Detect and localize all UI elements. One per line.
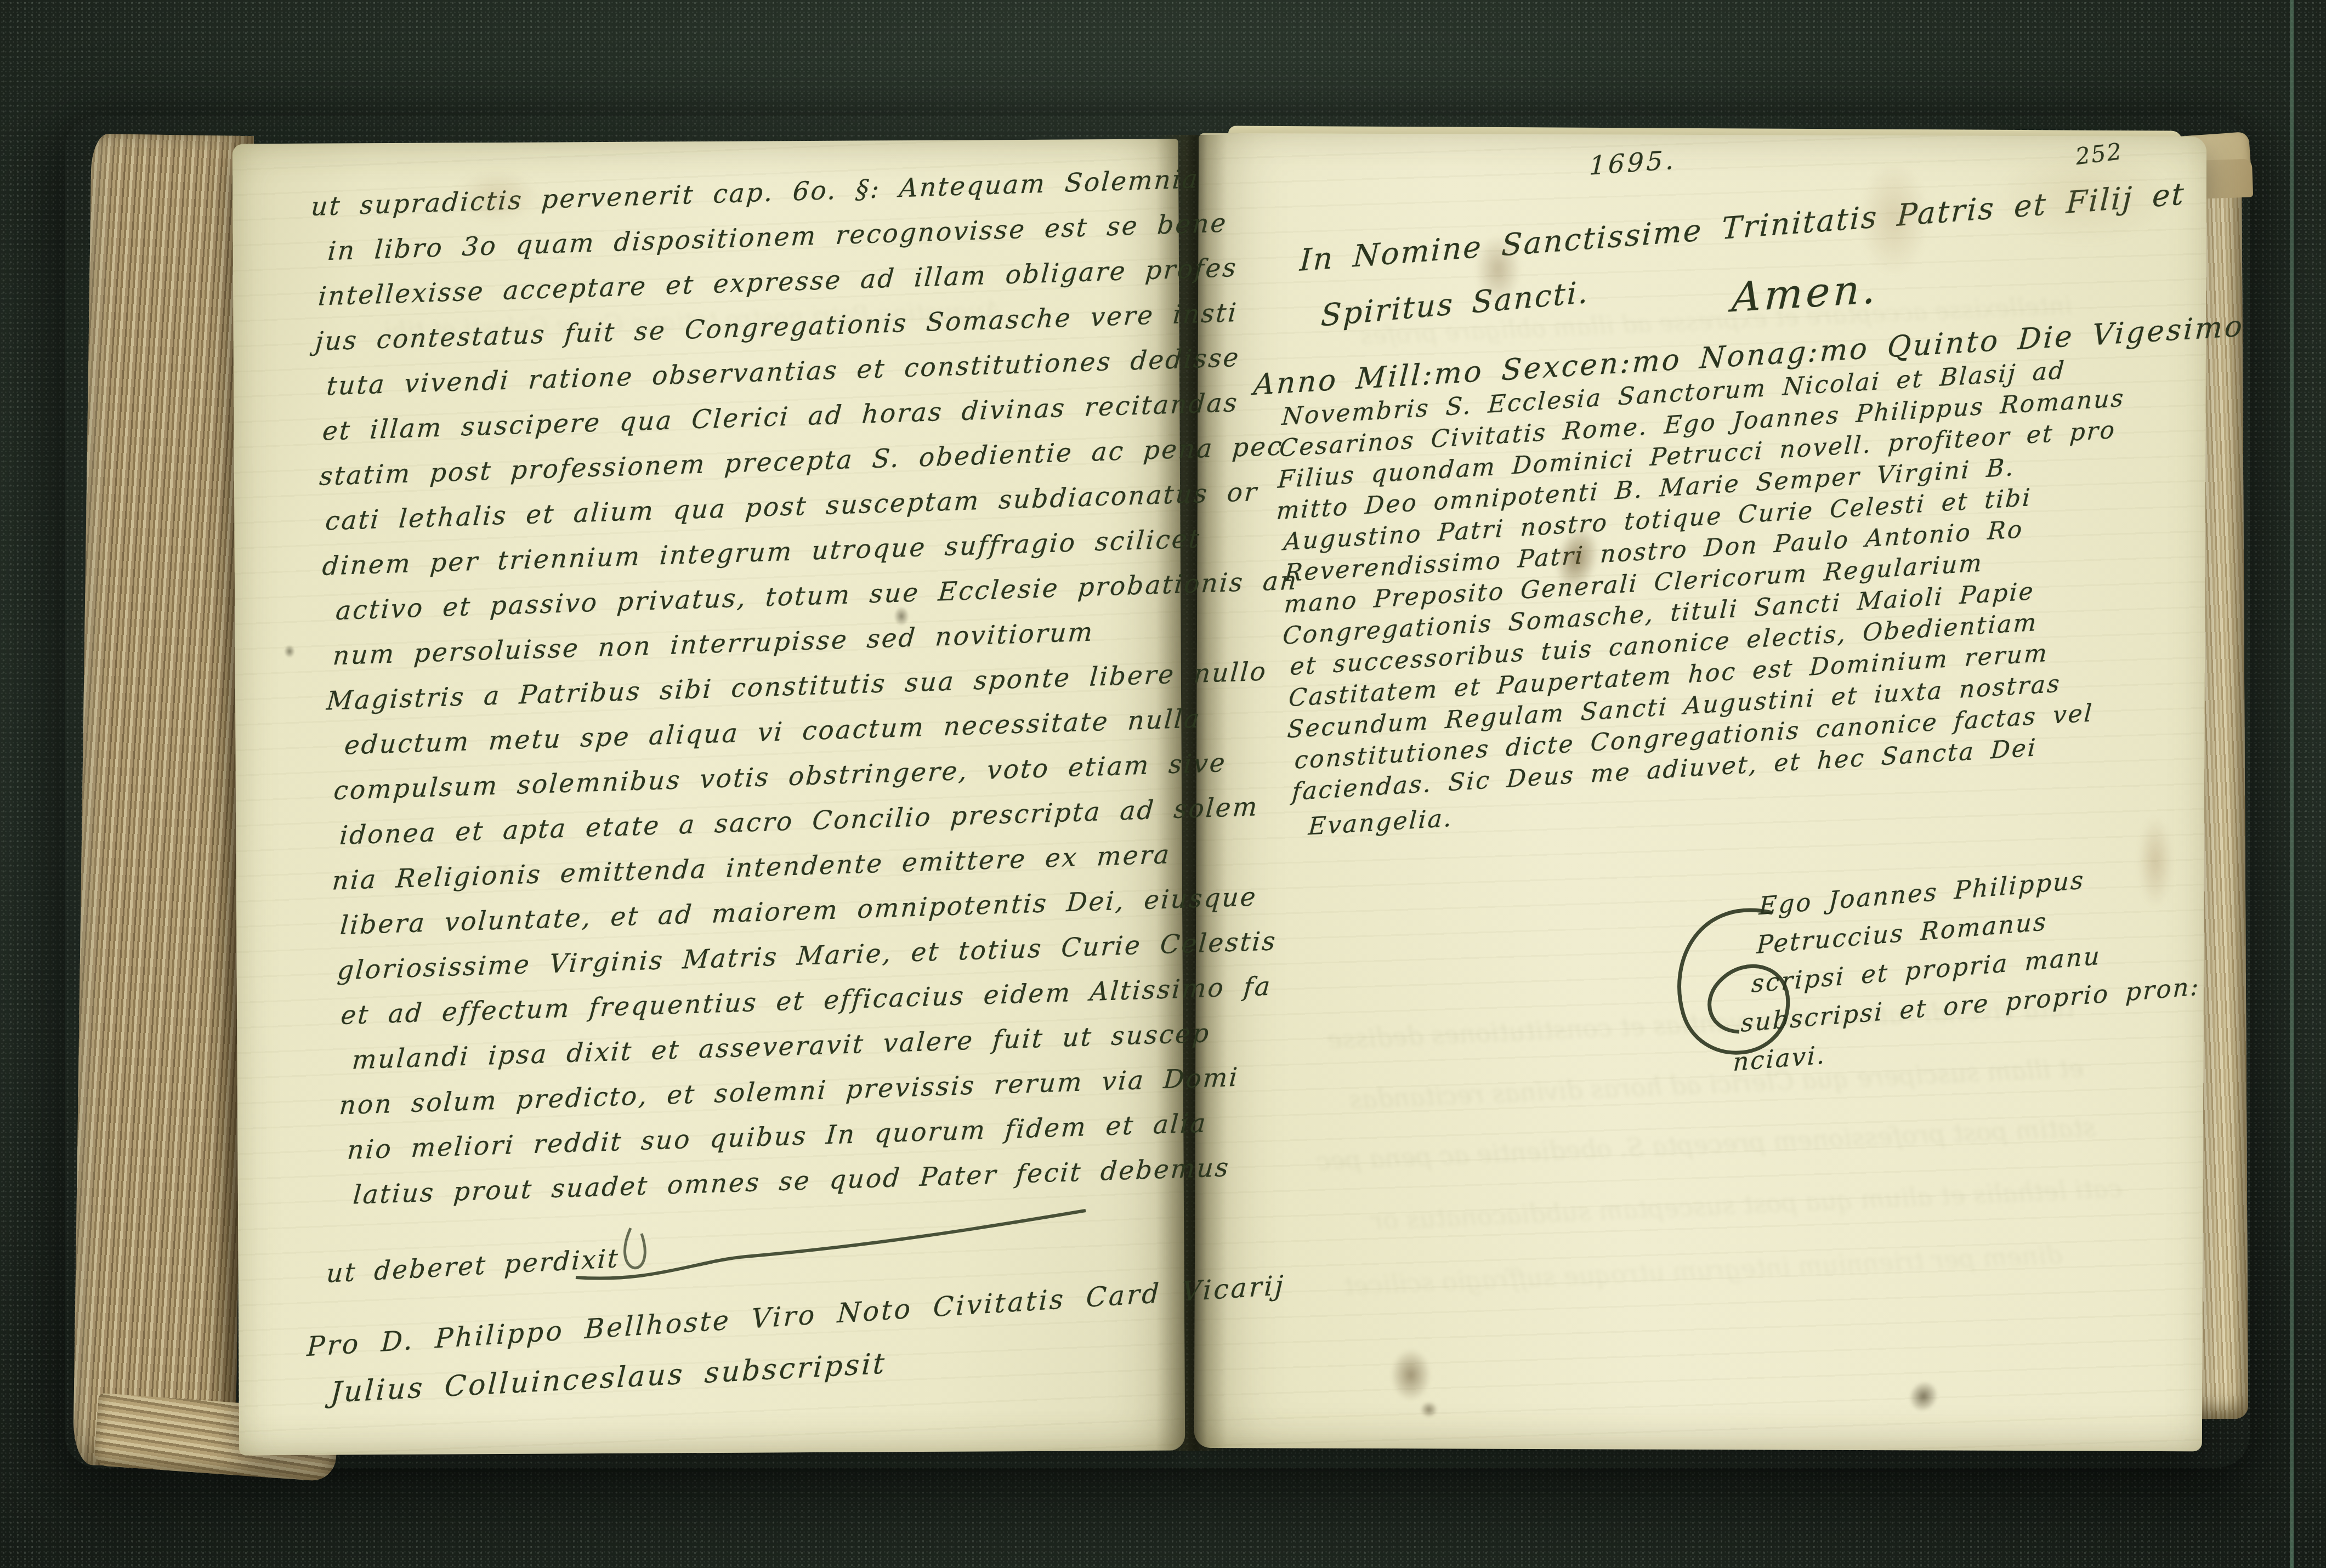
pen-flourish xyxy=(565,1195,1102,1288)
scanner-guide-line xyxy=(2290,0,2294,1568)
folio-number: 252 xyxy=(2074,138,2124,170)
invocation-amen: Amen. xyxy=(1731,265,1880,322)
year-heading: 1695. xyxy=(1589,145,1677,181)
profession-text-block: Anno Mill:mo Sexcen:mo Nonag:mo Quinto D… xyxy=(1252,313,2211,845)
page-stack-left-edge xyxy=(73,134,254,1467)
left-page-text-block: ut supradictis pervenerit cap. 6o. §: An… xyxy=(310,164,1211,1225)
signature-block: Ego Joannes Philippus Petruccius Romanus… xyxy=(1719,857,2205,1086)
